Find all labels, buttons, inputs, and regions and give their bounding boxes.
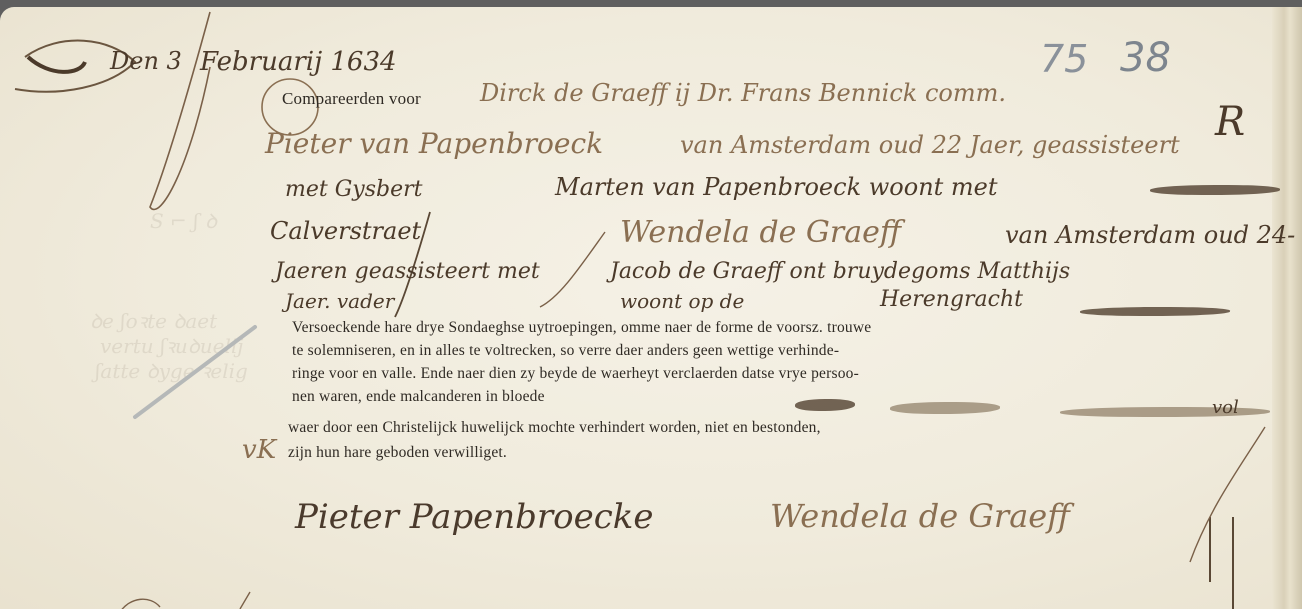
form-body-line-2: te solemniseren, en in alles te voltreck… xyxy=(292,342,839,360)
form-body-line-4: nen waren, ende malcanderen in bloede xyxy=(292,388,545,406)
form-body-line-3: ringe voor en valle. Ende naer dien zy b… xyxy=(292,365,859,383)
ink-line-fill xyxy=(795,399,855,411)
viewer-top-bar xyxy=(0,0,1302,7)
commissioners-text: Dirck de Graeff ij Dr. Frans Bennick com… xyxy=(480,79,1006,107)
form-body-line-6: zijn hun hare geboden verwilliget. xyxy=(288,444,507,462)
signature-bride: Wendela de Graeff xyxy=(770,497,1070,535)
witness-marten: Marten van Papenbroeck woont met xyxy=(555,173,998,201)
witness-gysbert: met Gysbert xyxy=(285,177,422,202)
date-month-year: Februarij 1634 xyxy=(200,47,397,77)
residence-label: woont op de xyxy=(620,289,744,313)
signature-groom: Pieter Papenbroecke xyxy=(295,497,654,537)
margin-note-vk: vK xyxy=(242,435,276,465)
folio-number: 38 xyxy=(1120,35,1171,81)
bride-details: van Amsterdam oud 24- xyxy=(1005,221,1295,249)
folio-number-pencil: 75 xyxy=(1040,37,1088,81)
form-body-line-1: Versoeckende hare drye Sondaeghse uytroe… xyxy=(292,319,871,337)
date-prefix: Den 3 xyxy=(110,47,182,75)
form-body-line-5: waer door een Christelijck huwelijck moc… xyxy=(288,419,821,437)
ink-line-fill xyxy=(1150,185,1280,195)
compareerden-text: Compareerden voor xyxy=(282,89,421,109)
ink-line-fill xyxy=(1080,307,1230,316)
right-margin-mark: R xyxy=(1215,99,1245,145)
bride-name: Wendela de Graeff xyxy=(620,215,901,250)
groom-details: van Amsterdam oud 22 Jaer, geassisteert xyxy=(680,131,1180,159)
bride-age-line: Jaeren geassisteert met xyxy=(275,259,540,284)
residence-herengracht: Herengracht xyxy=(880,287,1023,312)
bride-witness: Jacob de Graeff ont bruydegoms Matthijs xyxy=(610,259,1070,284)
father-label: Jaer. vader xyxy=(285,289,394,313)
ink-line-fill xyxy=(890,402,1000,414)
groom-name: Pieter van Papenbroeck xyxy=(265,127,603,160)
street-calverstraet: Calverstraet xyxy=(270,217,421,245)
right-margin-note: vol xyxy=(1212,397,1239,418)
manuscript-page: Ѕ ⌐ ʃ ꝺ ꝺe ʃoꝛte ꝺaet vertu ʃꝛuꝺuelij ʃa… xyxy=(0,7,1302,609)
